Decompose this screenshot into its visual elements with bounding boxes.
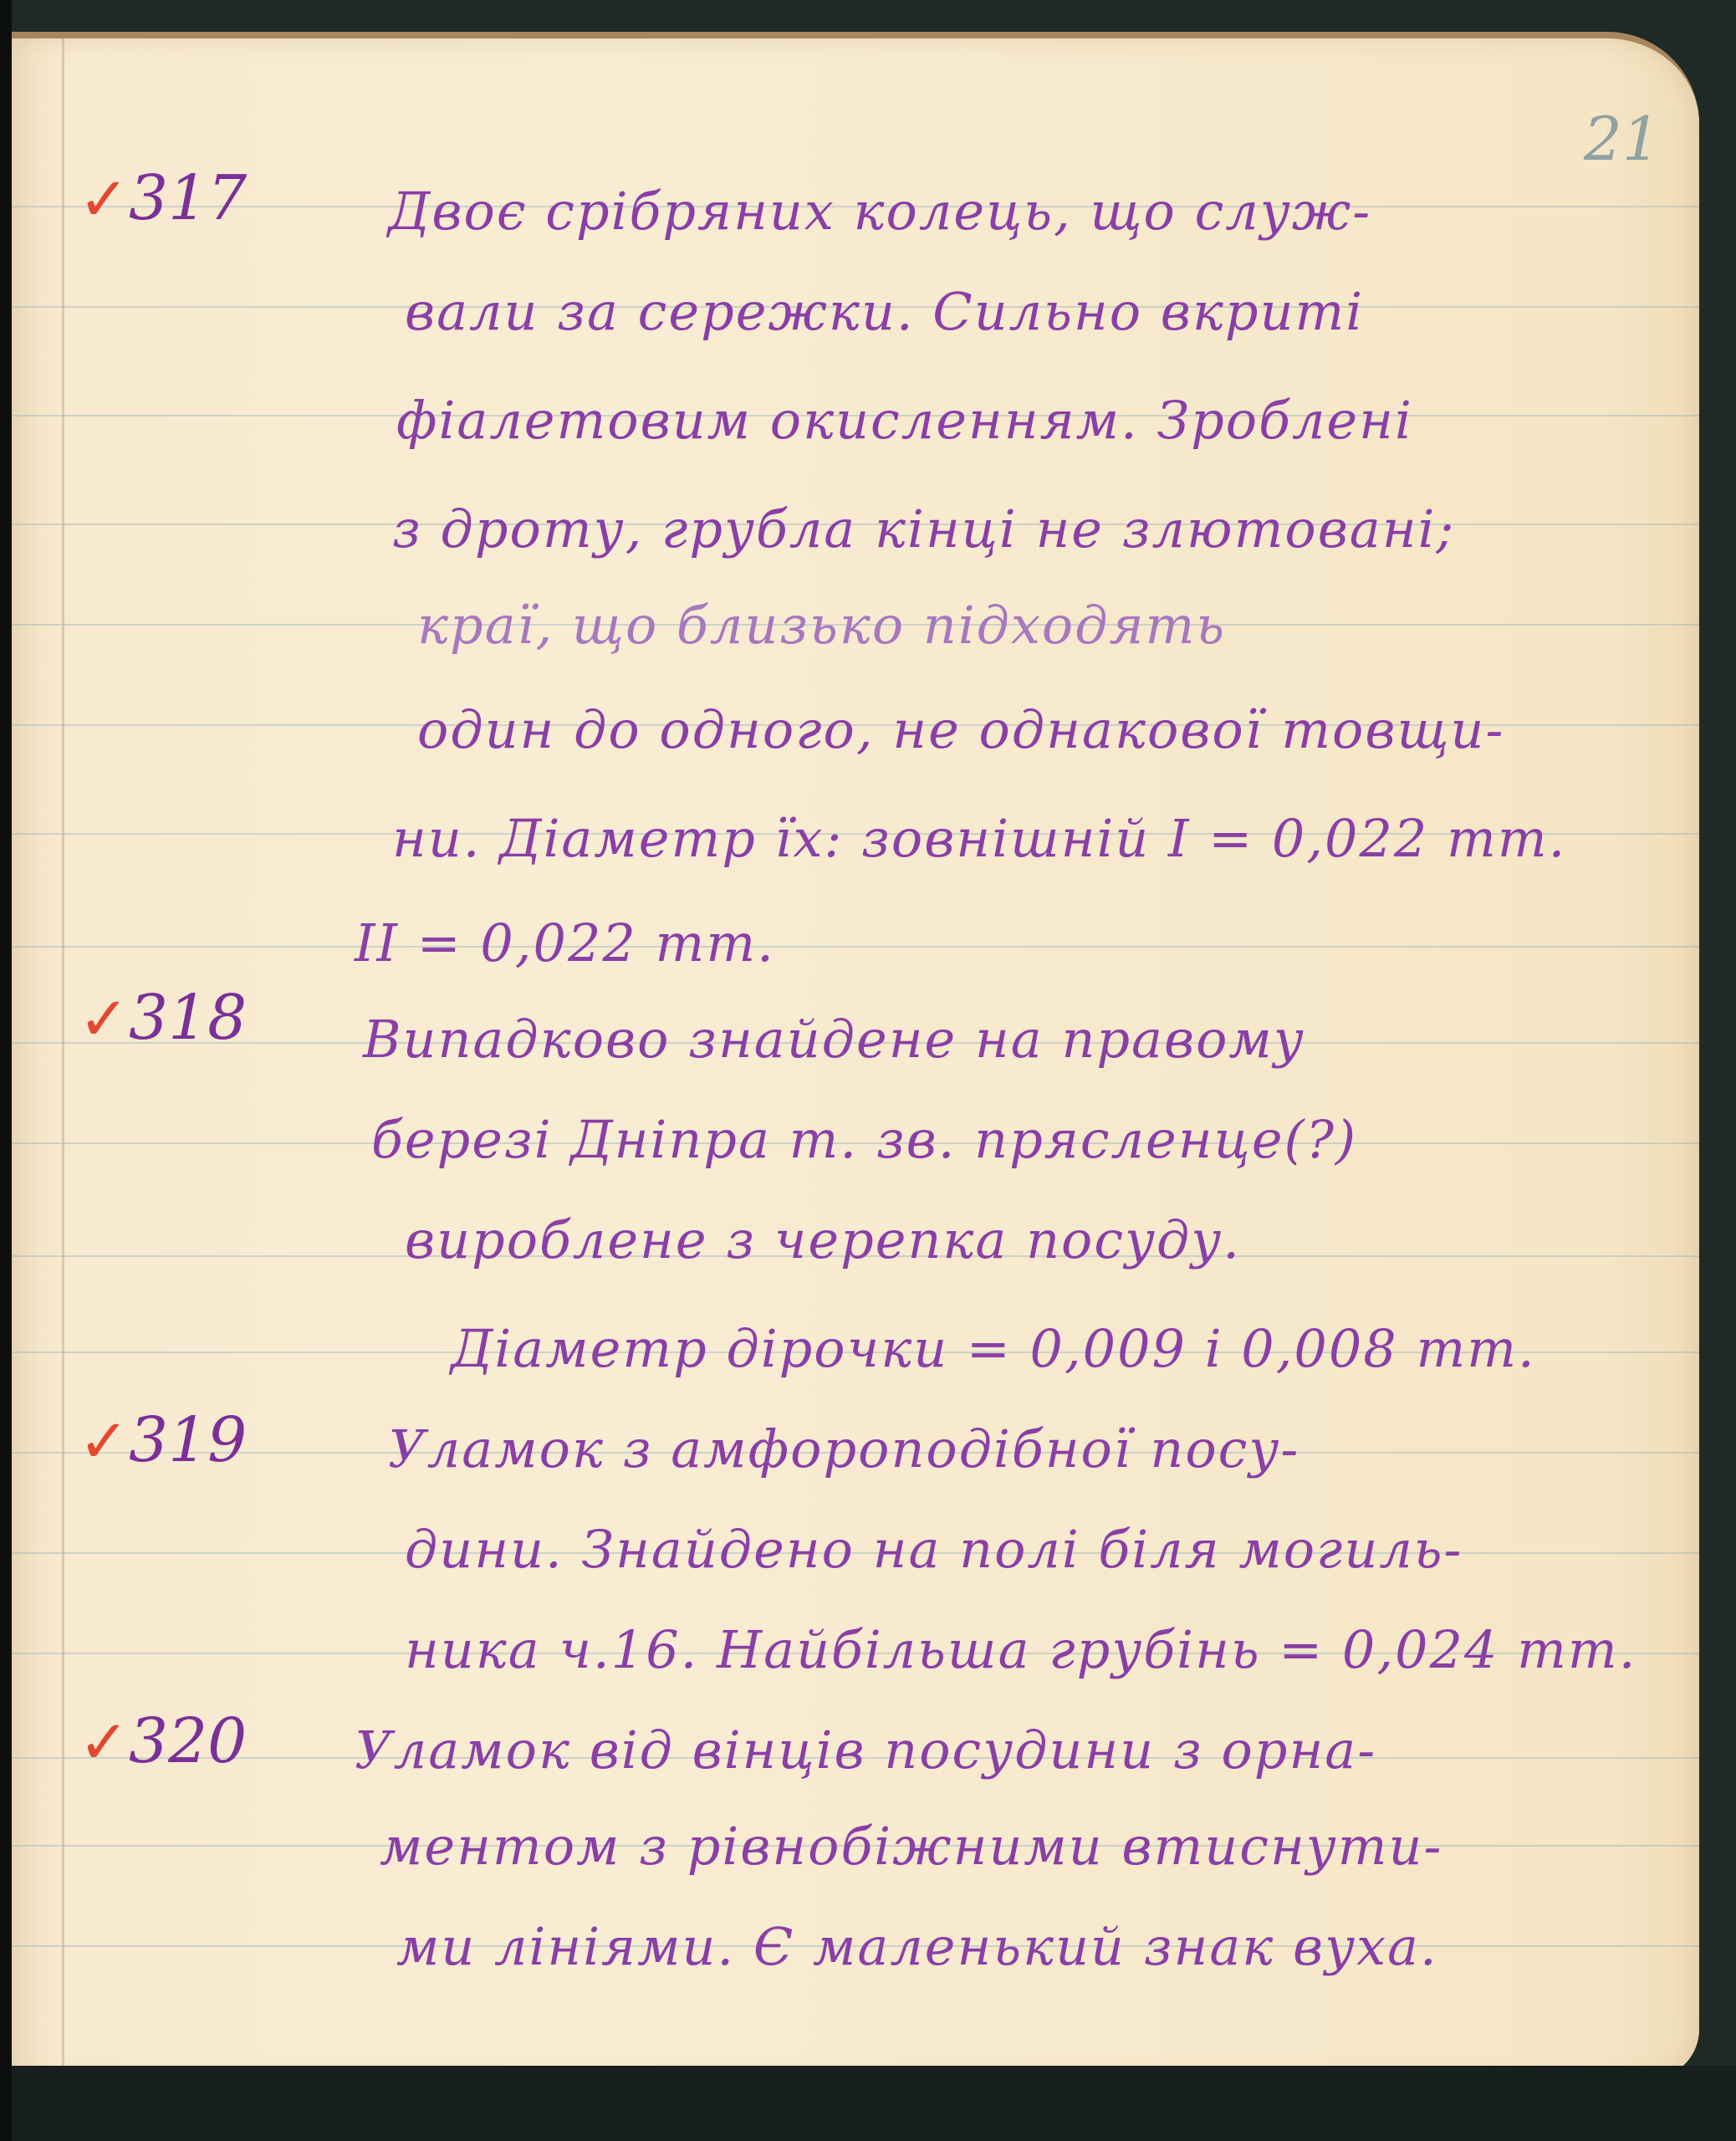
entry-text-line: з дроту, грубла кінці не злютовані;: [392, 498, 1455, 560]
entry-text-line: II = 0,022 mт.: [355, 912, 775, 973]
entry-text-line: один до одного, не однакової товщи-: [417, 699, 1504, 760]
checkmark-icon: ✓: [79, 984, 129, 1054]
entry-text-line: Уламок від вінців посудини з орна-: [355, 1719, 1376, 1781]
entry-text-line: ментом з рівнобіжними втиснути-: [380, 1816, 1442, 1877]
entry-text-line: Двоє срібряних колець, що служ-: [388, 181, 1371, 242]
notebook-page: 21 ✓ 317 Двоє срібряних колець, що служ-…: [12, 32, 1699, 2079]
entry-text-line: березі Дніпра т. зв. прясленце(?): [371, 1109, 1357, 1170]
entry-text-line: Уламок з амфороподібної посу-: [388, 1418, 1299, 1479]
entry-text-line: ни. Діаметр їх: зовнішній I = 0,022 mт.: [392, 808, 1566, 869]
checkmark-icon: ✓: [79, 164, 129, 234]
checkmark-icon: ✓: [79, 1707, 129, 1777]
entry-text-line: ми лініями. Є маленький знак вуха.: [396, 1916, 1438, 1977]
entry-number: 319: [129, 1404, 247, 1476]
entry-text-line: Випадково знайдене на правому: [363, 1009, 1305, 1070]
entry-number: 317: [129, 162, 247, 234]
checkmark-icon: ✓: [79, 1406, 129, 1476]
entry-text-line: краї, що близько підходять: [417, 595, 1226, 656]
entry-number: 318: [129, 982, 247, 1054]
entry-number: 320: [129, 1705, 247, 1777]
notebook-binding: [0, 0, 12, 2141]
ruled-line: [12, 946, 1699, 948]
notebook-cover-bottom: [12, 2066, 1736, 2141]
page-gutter-line: [62, 38, 64, 2079]
entry-text-line: дини. Знайдено на полі біля могиль-: [405, 1519, 1463, 1580]
entry-text-line: вали за сережки. Сильно вкриті: [405, 281, 1364, 342]
entry-text-line: фіалетовим окисленням. Зроблені: [396, 390, 1413, 451]
entry-text-line: вироблене з черепка посуду.: [405, 1209, 1241, 1270]
page-number: 21: [1584, 104, 1661, 174]
entry-text-line: ника ч.16. Найбільша грубінь = 0,024 mт.: [405, 1619, 1636, 1680]
entry-text-line: Діаметр дірочки = 0,009 і 0,008 mт.: [451, 1318, 1536, 1379]
